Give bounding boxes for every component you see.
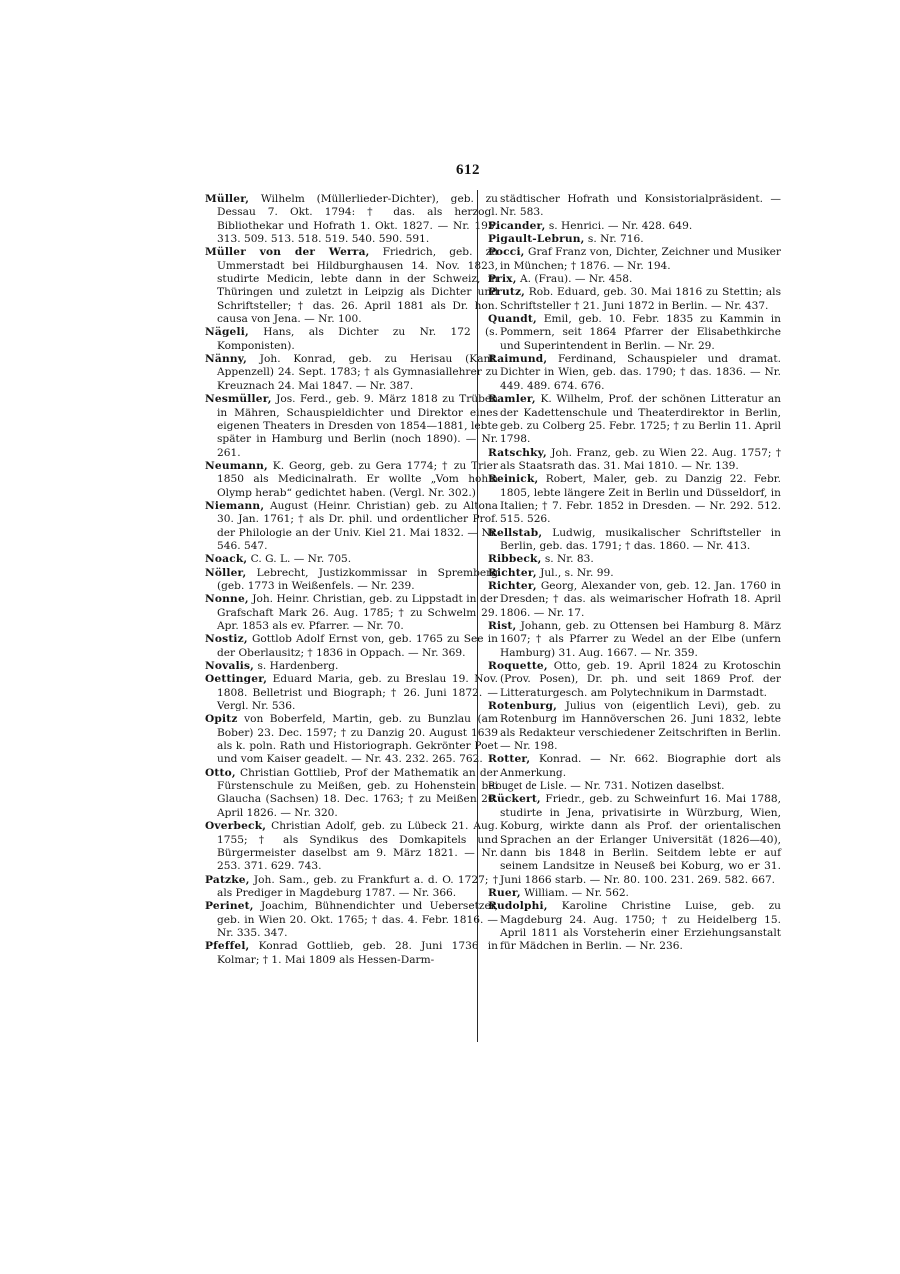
entry-headword: Prutz, bbox=[488, 286, 525, 298]
entry-headword: Quandt, bbox=[488, 313, 537, 325]
index-entry: Nänny, Joh. Konrad, geb. zu Herisau (Kan… bbox=[205, 353, 498, 393]
page-number: 612 bbox=[456, 162, 480, 179]
entry-headword: Richter, bbox=[488, 580, 537, 592]
index-entry: Otto, Christian Gottlieb, Prof der Mathe… bbox=[205, 767, 498, 820]
entry-headword: Ratschky, bbox=[488, 447, 547, 459]
entry-headword: Rotenburg, bbox=[488, 700, 557, 712]
entry-headword: Novalis, bbox=[205, 660, 254, 672]
entry-headword: Roquette, bbox=[488, 660, 548, 672]
entry-headword: Nostiz, bbox=[205, 633, 248, 645]
entry-headword: Ribbeck, bbox=[488, 553, 541, 565]
index-entry: Neumann, K. Georg, geb. zu Gera 1774; † … bbox=[205, 460, 498, 500]
entry-text: Joh. Heinr. Christian, geb. zu Lippstadt… bbox=[217, 593, 498, 632]
index-entry: Quandt, Emil, geb. 10. Febr. 1835 zu Kam… bbox=[488, 313, 781, 353]
index-entry: Rotter, Konrad. — Nr. 662. Biographie do… bbox=[488, 753, 781, 780]
entry-headword: Nonne, bbox=[205, 593, 249, 605]
entry-text: Lebrecht, Justizkommissar in Spremberg (… bbox=[217, 567, 498, 592]
entry-headword: Rist, bbox=[488, 620, 516, 632]
entry-text: Hans, als Dichter zu Nr. 172 (s. Komponi… bbox=[217, 326, 498, 351]
entry-headword: Raimund, bbox=[488, 353, 547, 365]
index-entry: Overbeck, Christian Adolf, geb. zu Lübec… bbox=[205, 820, 498, 873]
index-entry: Opitz von Boberfeld, Martin, geb. zu Bun… bbox=[205, 713, 498, 766]
index-entry: Rudolphi, Karoline Christine Luise, geb.… bbox=[488, 900, 781, 953]
entry-text: Georg, Alexander von, geb. 12. Jan. 1760… bbox=[500, 580, 781, 619]
index-entry: Raimund, Ferdinand, Schauspieler und dra… bbox=[488, 353, 781, 393]
entry-headword: Reinick, bbox=[488, 473, 538, 485]
index-entry: Nägeli, Hans, als Dichter zu Nr. 172 (s.… bbox=[205, 326, 498, 353]
entry-text: Gottlob Adolf Ernst von, geb. 1765 zu Se… bbox=[217, 633, 498, 658]
entry-headword: Noack, bbox=[205, 553, 247, 565]
index-entry: Richter, Georg, Alexander von, geb. 12. … bbox=[488, 580, 781, 620]
entry-headword: Rückert, bbox=[488, 793, 541, 805]
entry-text: s. Hardenberg. bbox=[254, 660, 338, 672]
entry-headword: Nesmüller, bbox=[205, 393, 272, 405]
entry-headword: Rellstab, bbox=[488, 527, 542, 539]
index-entry: Rouget de Lisle. — Nr. 731. Notizen dase… bbox=[488, 780, 781, 793]
index-entry: Ratschky, Joh. Franz, geb. zu Wien 22. A… bbox=[488, 447, 781, 474]
index-entry: Nöller, Lebrecht, Justizkommissar in Spr… bbox=[205, 567, 498, 594]
index-entry: Ruer, William. — Nr. 562. bbox=[488, 887, 781, 900]
entry-headword: Pfeffel, bbox=[205, 940, 249, 952]
index-entry: Rückert, Friedr., geb. zu Schweinfurt 16… bbox=[488, 793, 781, 886]
entry-headword: Nöller, bbox=[205, 567, 246, 579]
entry-text: Wilhelm (Müllerlieder-Dichter), geb. zu … bbox=[217, 193, 498, 245]
entry-text: Graf Franz von, Dichter, Zeichner und Mu… bbox=[500, 246, 781, 271]
entry-text: Jul., s. Nr. 99. bbox=[537, 567, 614, 579]
entry-text: Joh. Konrad, geb. zu Herisau (Kant. Appe… bbox=[217, 353, 498, 392]
index-entry: Nesmüller, Jos. Ferd., geb. 9. März 1818… bbox=[205, 393, 498, 460]
entry-text: s. Henrici. — Nr. 428. 649. bbox=[545, 220, 692, 232]
index-entry: Pfeffel, Konrad Gottlieb, geb. 28. Juni … bbox=[205, 940, 498, 967]
entry-text: Konrad. — Nr. 662. Biographie dort als A… bbox=[500, 753, 781, 778]
index-entry: Perinet, Joachim, Bühnendichter und Uebe… bbox=[205, 900, 498, 940]
entry-headword: Rouget de Lisle. bbox=[488, 780, 567, 792]
index-entry: Niemann, August (Heinr. Christian) geb. … bbox=[205, 500, 498, 553]
entry-headword: Niemann, bbox=[205, 500, 264, 512]
entry-headword: Ruer, bbox=[488, 887, 521, 899]
entry-headword: Rudolphi, bbox=[488, 900, 548, 912]
index-entry: Patzke, Joh. Sam., geb. zu Frankfurt a. … bbox=[205, 874, 498, 901]
continuation-text: städtischer Hofrath und Konsistorialpräs… bbox=[488, 193, 781, 220]
index-entry: Reinick, Robert, Maler, geb. zu Danzig 2… bbox=[488, 473, 781, 526]
entry-text: — Nr. 731. Notizen daselbst. bbox=[567, 780, 725, 792]
index-entry: Müller von der Werra, Friedrich, geb. zu… bbox=[205, 246, 498, 326]
entry-headword: Otto, bbox=[205, 767, 236, 779]
entry-headword: Prix, bbox=[488, 273, 517, 285]
entry-text: Friedr., geb. zu Schweinfurt 16. Mai 178… bbox=[500, 793, 781, 885]
entry-headword: Pigault-Lebrun, bbox=[488, 233, 585, 245]
index-entry: Pigault-Lebrun, s. Nr. 716. bbox=[488, 233, 781, 246]
entry-headword: Pocci, bbox=[488, 246, 525, 258]
entry-text: Robert, Maler, geb. zu Danzig 22. Febr. … bbox=[500, 473, 781, 525]
entry-text: Joh. Sam., geb. zu Frankfurt a. d. O. 17… bbox=[217, 874, 498, 899]
entry-text: A. (Frau). — Nr. 458. bbox=[517, 273, 633, 285]
index-entry: Müller, Wilhelm (Müllerlieder-Dichter), … bbox=[205, 193, 498, 246]
entry-text: Joachim, Bühnendichter und Uebersetzer, … bbox=[217, 900, 498, 939]
index-entry: Prix, A. (Frau). — Nr. 458. bbox=[488, 273, 781, 286]
left-column: Müller, Wilhelm (Müllerlieder-Dichter), … bbox=[205, 193, 498, 967]
entry-text: Ludwig, musikalischer Schriftsteller in … bbox=[500, 527, 781, 552]
entry-headword: Perinet, bbox=[205, 900, 254, 912]
entry-headword: Opitz bbox=[205, 713, 238, 725]
index-entry: Ramler, K. Wilhelm, Prof. der schönen Li… bbox=[488, 393, 781, 446]
entry-headword: Nägeli, bbox=[205, 326, 249, 338]
index-entry: Ribbeck, s. Nr. 83. bbox=[488, 553, 781, 566]
entry-headword: Müller, bbox=[205, 193, 249, 205]
entry-headword: Ramler, bbox=[488, 393, 536, 405]
entry-text: Emil, geb. 10. Febr. 1835 zu Kammin in P… bbox=[500, 313, 781, 352]
index-entry: Richter, Jul., s. Nr. 99. bbox=[488, 567, 781, 580]
index-entry: Oettinger, Eduard Maria, geb. zu Breslau… bbox=[205, 673, 498, 713]
index-entry: Rotenburg, Julius von (eigentlich Levi),… bbox=[488, 700, 781, 753]
index-entry: Prutz, Rob. Eduard, geb. 30. Mai 1816 zu… bbox=[488, 286, 781, 313]
entry-text: von Boberfeld, Martin, geb. zu Bunzlau (… bbox=[217, 713, 498, 765]
index-entry: Rellstab, Ludwig, musikalischer Schrifts… bbox=[488, 527, 781, 554]
entry-headword: Rotter, bbox=[488, 753, 530, 765]
entry-headword: Oettinger, bbox=[205, 673, 267, 685]
index-entry: Pocci, Graf Franz von, Dichter, Zeichner… bbox=[488, 246, 781, 273]
index-entry: Nonne, Joh. Heinr. Christian, geb. zu Li… bbox=[205, 593, 498, 633]
entry-headword: Nänny, bbox=[205, 353, 247, 365]
entry-text: Johann, geb. zu Ottensen bei Hamburg 8. … bbox=[500, 620, 781, 659]
entry-text: Rob. Eduard, geb. 30. Mai 1816 zu Stetti… bbox=[500, 286, 781, 311]
column-divider bbox=[477, 190, 478, 1042]
entry-text: K. Wilhelm, Prof. der schönen Litteratur… bbox=[500, 393, 781, 445]
entry-text: s. Nr. 83. bbox=[541, 553, 593, 565]
entry-headword: Picander, bbox=[488, 220, 545, 232]
entry-headword: Müller von der Werra, bbox=[205, 246, 370, 258]
index-entry: Novalis, s. Hardenberg. bbox=[205, 660, 498, 673]
entry-text: William. — Nr. 562. bbox=[521, 887, 629, 899]
index-entry: Rist, Johann, geb. zu Ottensen bei Hambu… bbox=[488, 620, 781, 660]
index-entry: Noack, C. G. L. — Nr. 705. bbox=[205, 553, 498, 566]
index-entry: Roquette, Otto, geb. 19. April 1824 zu K… bbox=[488, 660, 781, 700]
entry-headword: Patzke, bbox=[205, 874, 250, 886]
entry-headword: Richter, bbox=[488, 567, 537, 579]
entry-headword: Neumann, bbox=[205, 460, 268, 472]
entry-headword: Overbeck, bbox=[205, 820, 266, 832]
entry-text: Konrad Gottlieb, geb. 28. Juni 1736 in K… bbox=[217, 940, 498, 965]
index-entry: Picander, s. Henrici. — Nr. 428. 649. bbox=[488, 220, 781, 233]
entry-text: s. Nr. 716. bbox=[585, 233, 644, 245]
entry-text: C. G. L. — Nr. 705. bbox=[247, 553, 351, 565]
entry-text: Christian Gottlieb, Prof der Mathematik … bbox=[217, 767, 498, 819]
index-entry: Nostiz, Gottlob Adolf Ernst von, geb. 17… bbox=[205, 633, 498, 660]
right-column: städtischer Hofrath und Konsistorialpräs… bbox=[488, 193, 781, 954]
